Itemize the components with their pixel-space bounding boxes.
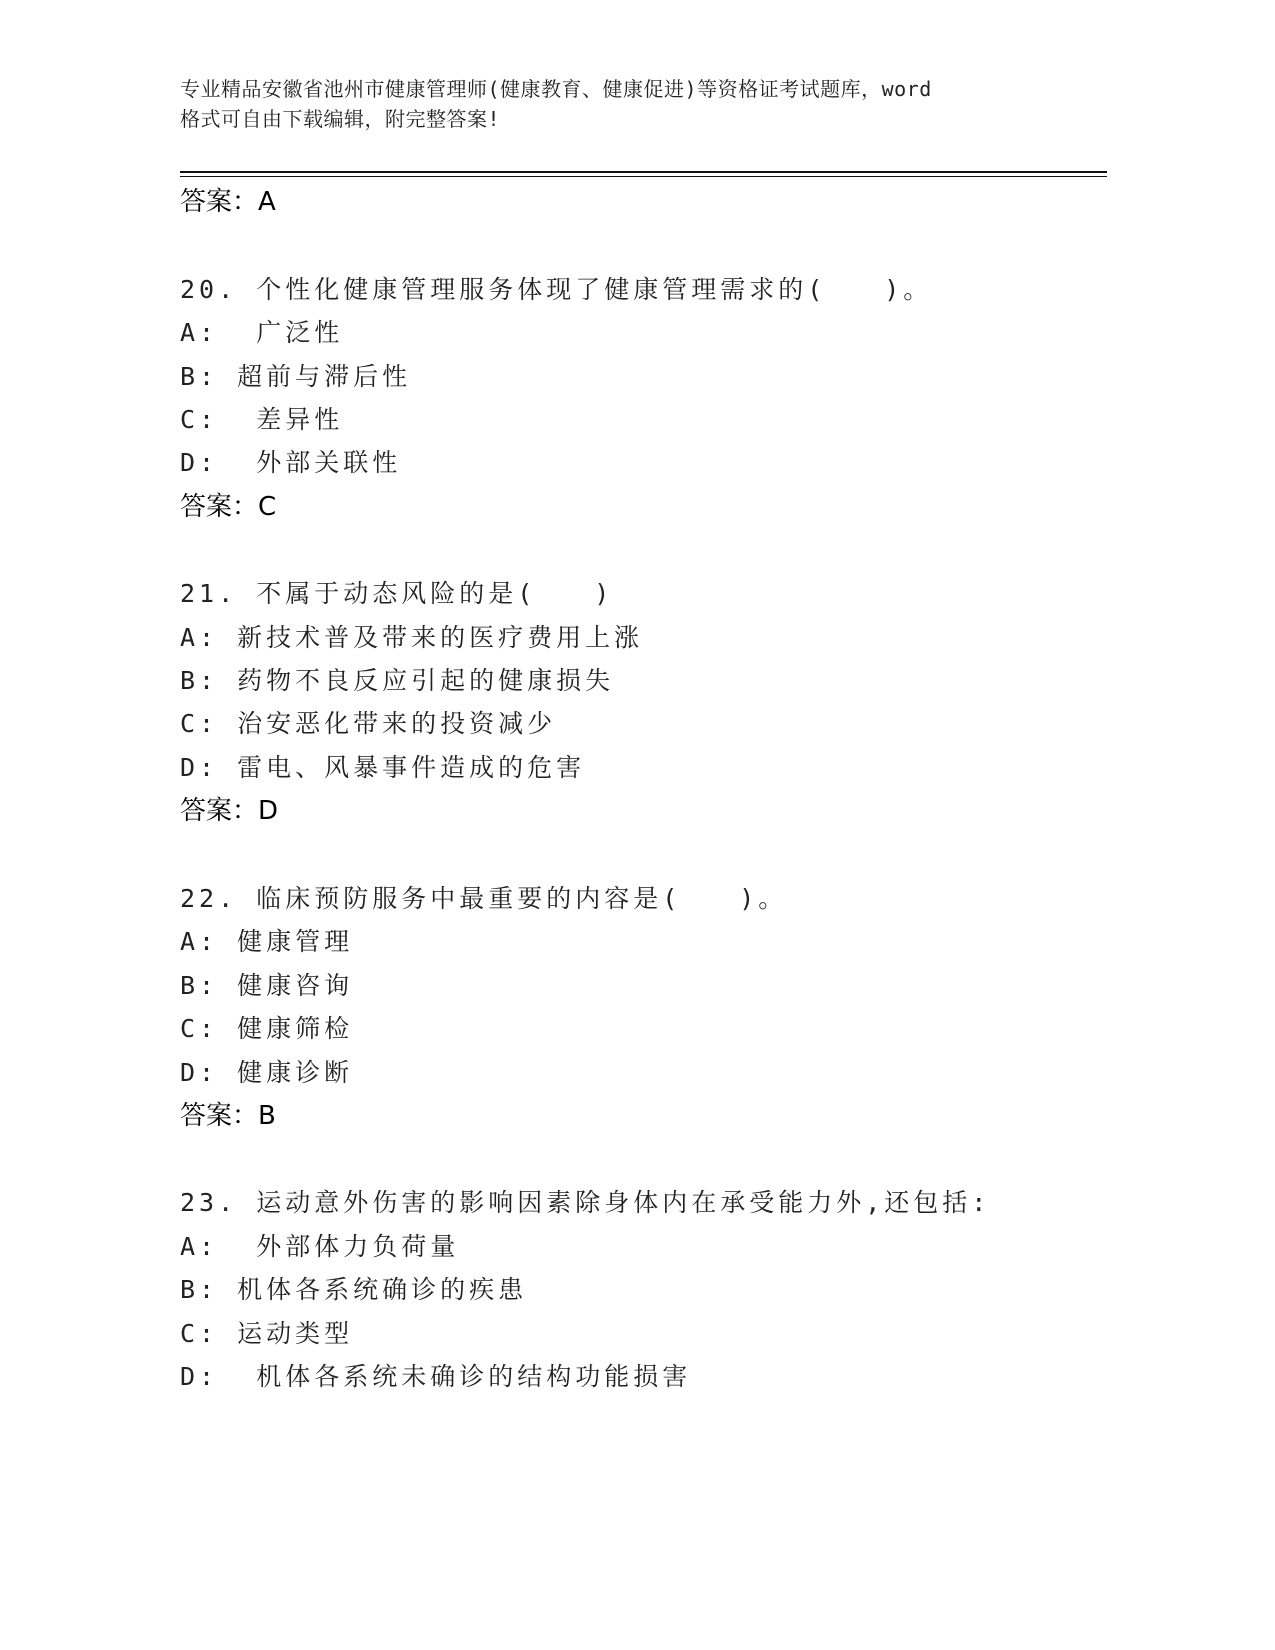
question-22-answer: 答案：B bbox=[180, 1100, 276, 1132]
question-23-option-c: C: 运动类型 bbox=[180, 1318, 353, 1350]
question-21-option-d: D: 雷电、风暴事件造成的危害 bbox=[180, 752, 585, 784]
question-21-option-b: B: 药物不良反应引起的健康损失 bbox=[180, 665, 614, 697]
header-divider-thin bbox=[180, 176, 1107, 177]
question-21-option-a: A: 新技术普及带来的医疗费用上涨 bbox=[180, 622, 643, 654]
document-header: 专业精品安徽省池州市健康管理师(健康教育、健康促进)等资格证考试题库，word … bbox=[180, 74, 1060, 134]
header-line-2: 格式可自由下载编辑，附完整答案! bbox=[180, 104, 1060, 134]
question-22-option-a: A: 健康管理 bbox=[180, 926, 353, 958]
question-21-option-c: C: 治安恶化带来的投资减少 bbox=[180, 708, 556, 740]
previous-answer: 答案：A bbox=[180, 186, 276, 218]
question-21-stem: 21. 不属于动态风险的是( ) bbox=[180, 578, 613, 610]
question-22-option-c: C: 健康筛检 bbox=[180, 1013, 353, 1045]
question-22-option-d: D: 健康诊断 bbox=[180, 1057, 353, 1089]
question-23-option-b: B: 机体各系统确诊的疾患 bbox=[180, 1274, 527, 1306]
question-20-option-d: D: 外部关联性 bbox=[180, 447, 401, 479]
question-21-answer: 答案：D bbox=[180, 795, 278, 827]
header-line-1: 专业精品安徽省池州市健康管理师(健康教育、健康促进)等资格证考试题库，word bbox=[180, 74, 1060, 104]
question-20-option-c: C: 差异性 bbox=[180, 404, 343, 436]
question-20-answer: 答案：C bbox=[180, 491, 276, 523]
header-divider-thick bbox=[180, 171, 1107, 173]
question-20-stem: 20. 个性化健康管理服务体现了健康管理需求的( )。 bbox=[180, 274, 932, 306]
question-20-option-b: B: 超前与滞后性 bbox=[180, 361, 411, 393]
question-23-option-d: D: 机体各系统未确诊的结构功能损害 bbox=[180, 1361, 691, 1393]
question-20-option-a: A: 广泛性 bbox=[180, 317, 343, 349]
question-22-stem: 22. 临床预防服务中最重要的内容是( )。 bbox=[180, 883, 787, 915]
question-23-option-a: A: 外部体力负荷量 bbox=[180, 1231, 459, 1263]
question-22-option-b: B: 健康咨询 bbox=[180, 970, 353, 1002]
question-23-stem: 23. 运动意外伤害的影响因素除身体内在承受能力外,还包括: bbox=[180, 1187, 990, 1219]
